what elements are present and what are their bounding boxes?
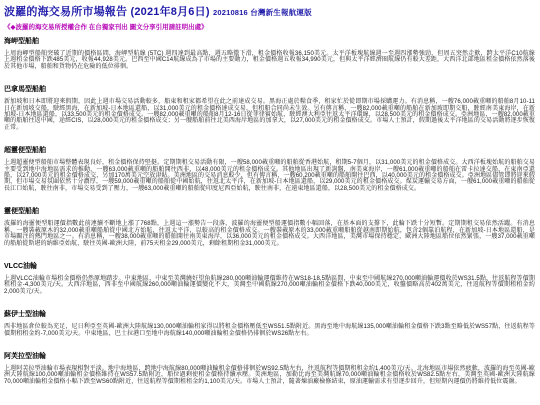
section-body-capesize: 上周海岬型船舶突破了近期的價格區間，海岬型航線 (5TC) 週四達到最高點，週五… [4, 51, 535, 70]
section-body-aframax: 上週阿芙拉型油輪市場表現相對平淡。地中海地區，跨地中海航線80,000噸油輪租金… [4, 366, 535, 385]
section-body-suezmax: 西非地區倉位較為充足，尼日利亞至英國-歐洲大陸航線130,000噸油輪租家得以將… [4, 324, 535, 337]
section-heading-ultramax: 超靈便型船舶 [4, 145, 535, 155]
section-heading-capesize: 海岬型船舶 [4, 36, 535, 46]
page-title: 波羅的海交易所市場報告 (2021年8月6日) 20210816 台灣新生報航運… [4, 3, 535, 19]
section-panamax: 巴拿馬型船舶 新加坡和日本即將迎來假期，因此上週市場交易活動較多，船東和租家都希… [4, 84, 535, 131]
section-handysize: 靈便型船舶 波羅的海靈便型船運價指數此前連續不斷地上漲了768點，上週這一漲勢告… [4, 206, 535, 247]
section-body-handysize: 波羅的海靈便型船運價指數此前連續不斷地上漲了768點，上週這一漲勢告一段落，波羅… [4, 221, 535, 247]
section-body-ultramax: 上週超靈便型船舶市場整體表現良好，租金價格保持堅挺。定期期租交易活動有限，一艘5… [4, 160, 535, 192]
copyright-notice: 《◆波羅的海交易所授權合作 在台獨家刊出 圖文分享引用請註明出處》 [4, 22, 535, 31]
section-body-panamax: 新加坡和日本即將迎來假期，因此上週市場交易活動較多，船東和租家都希望在此之前達成… [4, 99, 535, 131]
section-heading-panamax: 巴拿馬型船舶 [4, 84, 535, 94]
section-capesize: 海岬型船舶 上周海岬型船舶突破了近期的價格區間，海岬型航線 (5TC) 週四達到… [4, 36, 535, 70]
section-vlcc: VLCC油輪 上週VLCC油輪市場租金價格仍然原地踏步。中東地區，中東至美灣繞好… [4, 261, 535, 295]
section-heading-suezmax: 蘇伊士型油輪 [4, 309, 535, 319]
section-body-vlcc: 上週VLCC油輪市場租金價格仍然原地踏步。中東地區，中東至美灣繞好望角航線280… [4, 276, 535, 295]
report-title-text: 波羅的海交易所市場報告 (2021年8月6日) [4, 6, 210, 18]
market-report-document: 波羅的海交易所市場報告 (2021年8月6日) 20210816 台灣新生報航運… [0, 0, 540, 385]
section-ultramax: 超靈便型船舶 上週超靈便型船舶市場整體表現良好，租金價格保持堅挺。定期期租交易活… [4, 145, 535, 192]
edition-tag: 20210816 台灣新生報航運版 [213, 8, 312, 17]
section-suezmax: 蘇伊士型油輪 西非地區倉位較為充足，尼日利亞至英國-歐洲大陸航線130,000噸… [4, 309, 535, 337]
section-heading-vlcc: VLCC油輪 [4, 261, 535, 271]
section-heading-aframax: 阿芙拉型油輪 [4, 351, 535, 361]
section-heading-handysize: 靈便型船舶 [4, 206, 535, 216]
section-aframax: 阿芙拉型油輪 上週阿芙拉型油輪市場表現相對平淡。地中海地區，跨地中海航線80,0… [4, 351, 535, 385]
